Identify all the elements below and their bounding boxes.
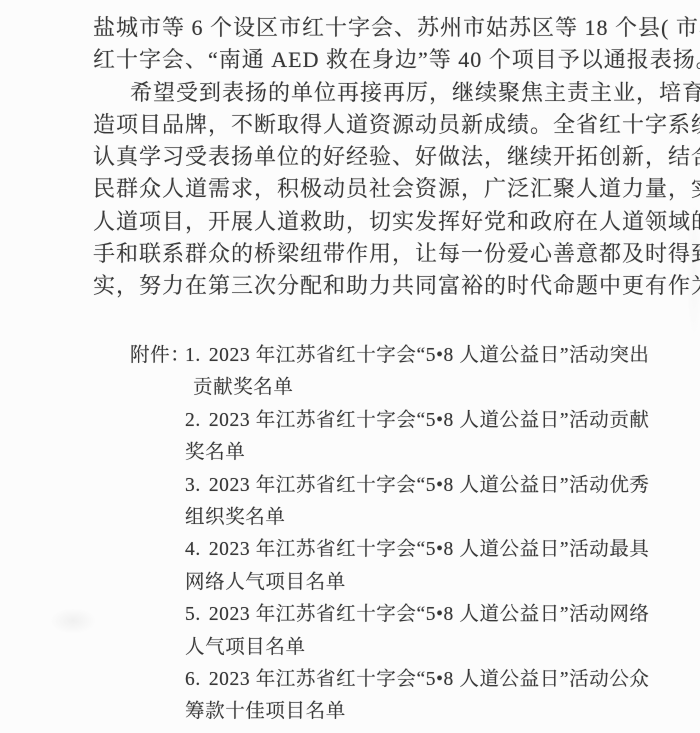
paragraph-line: 民群众人道需求，积极动员社会资源，广泛汇聚人道力量，实施 <box>93 173 693 205</box>
attachments-label: 附件： <box>130 340 185 372</box>
attachment-title-text: 2023 年江苏省红十字会“5•8 人道公益日”活动最具 <box>209 539 650 560</box>
attachment-title-text: 2023 年江苏省红十字会“5•8 人道公益日”活动贡献 <box>209 410 650 431</box>
scanned-document-page: 盐城市等 6 个设区市红十字会、苏州市姑苏区等 18 个县( 市、区 )红十字会… <box>0 0 700 733</box>
attachment-title-line2: 组织奖名单 <box>185 502 650 534</box>
attachment-item: 5.2023 年江苏省红十字会“5•8 人道公益日”活动网络人气项目名单 <box>185 599 650 664</box>
attachments-section: 附件： 1.2023 年江苏省红十字会“5•8 人道公益日”活动突出贡献奖名单2… <box>130 340 650 729</box>
attachment-number: 6. <box>185 664 201 696</box>
paragraph-line: 希望受到表扬的单位再接再厉，继续聚焦主责主业，培育打 <box>93 77 693 109</box>
attachment-number: 5. <box>185 599 201 631</box>
attachment-title-text: 2023 年江苏省红十字会“5•8 人道公益日”活动公众 <box>209 669 650 690</box>
attachment-item: 2.2023 年江苏省红十字会“5•8 人道公益日”活动贡献奖名单 <box>185 405 650 470</box>
attachment-item: 1.2023 年江苏省红十字会“5•8 人道公益日”活动突出贡献奖名单 <box>185 340 650 405</box>
attachment-number: 3. <box>185 470 201 502</box>
attachment-item: 4.2023 年江苏省红十字会“5•8 人道公益日”活动最具网络人气项目名单 <box>185 534 650 599</box>
attachment-title-line2: 奖名单 <box>185 437 650 469</box>
attachment-title-line1: 2.2023 年江苏省红十字会“5•8 人道公益日”活动贡献 <box>185 405 650 437</box>
attachments-list: 1.2023 年江苏省红十字会“5•8 人道公益日”活动突出贡献奖名单2.202… <box>185 340 650 729</box>
attachment-number: 1. <box>185 340 201 372</box>
attachment-title-line2: 人气项目名单 <box>185 632 650 664</box>
paragraph-line: 手和联系群众的桥梁纽带作用，让每一份爱心善意都及时得到落 <box>93 238 693 270</box>
attachment-title-line2: 网络人气项目名单 <box>185 567 650 599</box>
attachment-title-line1: 5.2023 年江苏省红十字会“5•8 人道公益日”活动网络 <box>185 599 650 631</box>
attachment-title-text: 2023 年江苏省红十字会“5•8 人道公益日”活动突出 <box>209 345 650 366</box>
paragraph-line: 红十字会、“南通 AED 救在身边”等 40 个项目予以通报表扬。 <box>93 44 693 76</box>
attachment-title-text: 2023 年江苏省红十字会“5•8 人道公益日”活动优秀 <box>209 475 650 496</box>
document-body: 盐城市等 6 个设区市红十字会、苏州市姑苏区等 18 个县( 市、区 )红十字会… <box>93 12 693 303</box>
paragraph-line: 盐城市等 6 个设区市红十字会、苏州市姑苏区等 18 个县( 市、区 ) <box>93 12 693 44</box>
paragraph-line: 人道项目，开展人道救助，切实发挥好党和政府在人道领域的助 <box>93 206 693 238</box>
attachment-title-line1: 6.2023 年江苏省红十字会“5•8 人道公益日”活动公众 <box>185 664 650 696</box>
attachment-title-line2: 筹款十佳项目名单 <box>185 696 650 728</box>
attachment-title-line1: 3.2023 年江苏省红十字会“5•8 人道公益日”活动优秀 <box>185 470 650 502</box>
paragraph-line: 实，努力在第三次分配和助力共同富裕的时代命题中更有作为！ <box>93 270 693 302</box>
paragraph-hope: 希望受到表扬的单位再接再厉，继续聚焦主责主业，培育打造项目品牌，不断取得人道资源… <box>93 77 693 303</box>
scan-smudge <box>50 608 96 634</box>
attachment-title-line2: 贡献奖名单 <box>185 372 650 404</box>
attachment-item: 6.2023 年江苏省红十字会“5•8 人道公益日”活动公众筹款十佳项目名单 <box>185 664 650 729</box>
attachment-title-line1: 4.2023 年江苏省红十字会“5•8 人道公益日”活动最具 <box>185 534 650 566</box>
attachment-title-line1: 1.2023 年江苏省红十字会“5•8 人道公益日”活动突出 <box>185 340 650 372</box>
attachment-number: 4. <box>185 534 201 566</box>
paragraph-line: 造项目品牌，不断取得人道资源动员新成绩。全省红十字系统要 <box>93 109 693 141</box>
attachment-title-text: 2023 年江苏省红十字会“5•8 人道公益日”活动网络 <box>209 604 650 625</box>
paragraph-continuation: 盐城市等 6 个设区市红十字会、苏州市姑苏区等 18 个县( 市、区 )红十字会… <box>93 12 693 77</box>
paragraph-line: 认真学习受表扬单位的好经验、好做法，继续开拓创新，结合人 <box>93 141 693 173</box>
attachment-number: 2. <box>185 405 201 437</box>
attachment-item: 3.2023 年江苏省红十字会“5•8 人道公益日”活动优秀组织奖名单 <box>185 470 650 535</box>
